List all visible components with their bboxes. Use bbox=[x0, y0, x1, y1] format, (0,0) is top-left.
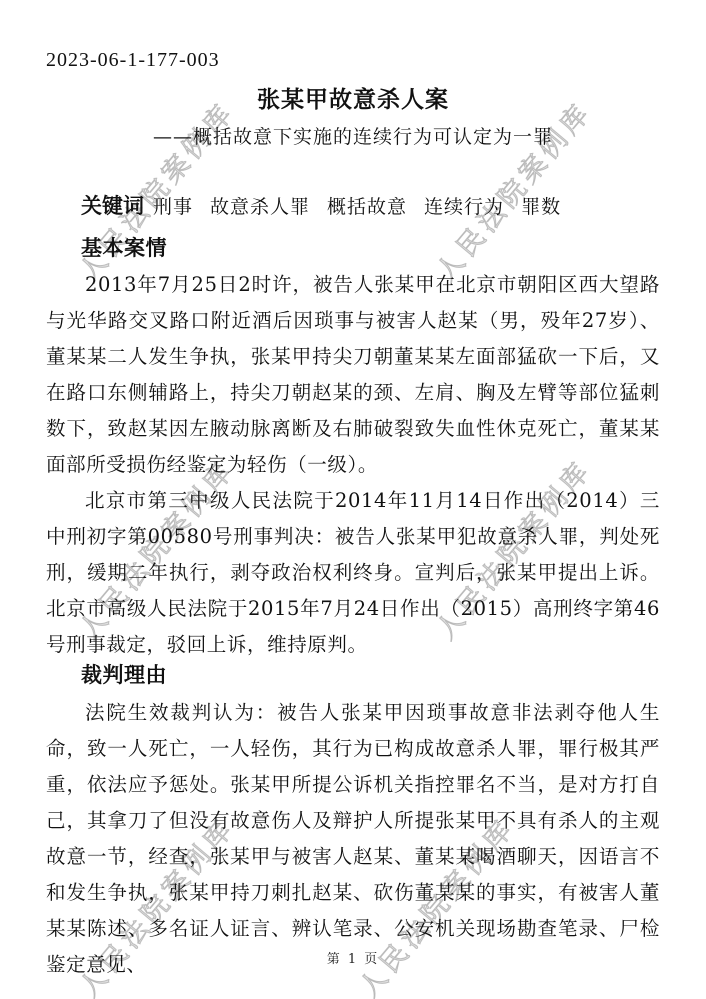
document-title: 张某甲故意杀人案 bbox=[46, 84, 660, 116]
document-page: 人民法院案例库 人民法院案例库 人民法院案例库 人民法院案例库 人民法院案例库 … bbox=[0, 0, 706, 999]
section-heading-basic-facts: 基本案情 bbox=[46, 233, 660, 263]
document-content: 2023-06-1-177-003 张某甲故意杀人案 ——概括故意下实施的连续行… bbox=[0, 0, 706, 983]
paragraph-facts-2: 北京市第三中级人民法院于2014年11月14日作出（2014）三中刑初字第005… bbox=[46, 483, 660, 663]
document-subtitle: ——概括故意下实施的连续行为可认定为一罪 bbox=[46, 124, 660, 150]
page-number-footer: 第 1 页 bbox=[0, 951, 706, 969]
keyword-item: 故意杀人罪 bbox=[210, 196, 310, 218]
paragraph-reasons-1: 法院生效裁判认为：被告人张某甲因琐事故意非法剥夺他人生命，致一人死亡，一人轻伤，… bbox=[46, 695, 660, 983]
case-number: 2023-06-1-177-003 bbox=[46, 48, 660, 72]
keywords-line: 关键词刑事故意杀人罪概括故意连续行为罪数 bbox=[46, 194, 660, 219]
keyword-item: 连续行为 bbox=[424, 196, 504, 218]
section-heading-judgment-reasons: 裁判理由 bbox=[46, 661, 660, 689]
paragraph-facts-1: 2013年7月25日2时许，被告人张某甲在北京市朝阳区西大望路与光华路交叉路口附… bbox=[46, 267, 660, 483]
keyword-item: 罪数 bbox=[521, 196, 561, 218]
keywords-label: 关键词 bbox=[81, 194, 144, 218]
keyword-item: 刑事 bbox=[153, 196, 193, 218]
keyword-item: 概括故意 bbox=[327, 196, 407, 218]
